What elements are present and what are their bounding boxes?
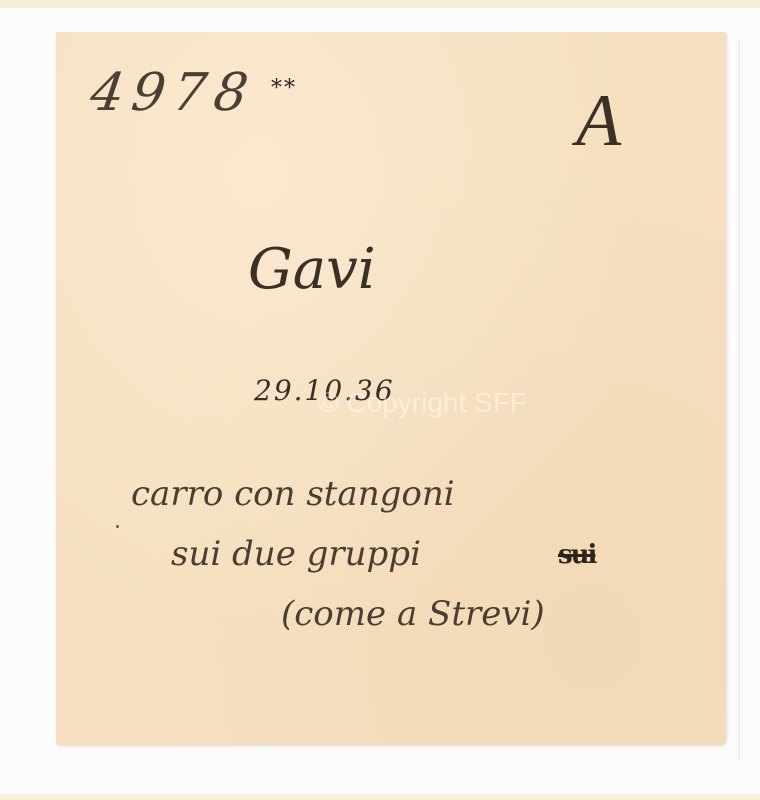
bottom-border-strip xyxy=(0,794,760,800)
catalog-number: 4978 xyxy=(87,67,259,119)
index-card: 4978 ** A Gavi 29.10.36 © Copyright SFF … xyxy=(56,32,726,745)
place-name: Gavi xyxy=(248,242,376,298)
description-line-1: carro con stangoni xyxy=(131,477,455,511)
copyright-watermark: © Copyright SFF xyxy=(318,387,527,419)
catalog-stars: ** xyxy=(271,78,297,100)
mount-edge xyxy=(738,40,740,760)
struck-out-word: sui xyxy=(558,540,595,570)
top-border-strip xyxy=(0,0,760,8)
description-line-2: sui due gruppi xyxy=(171,537,421,571)
description-line-3: (come a Strevi) xyxy=(281,597,545,631)
ink-dot xyxy=(116,525,119,528)
letter-mark: A xyxy=(576,84,621,158)
